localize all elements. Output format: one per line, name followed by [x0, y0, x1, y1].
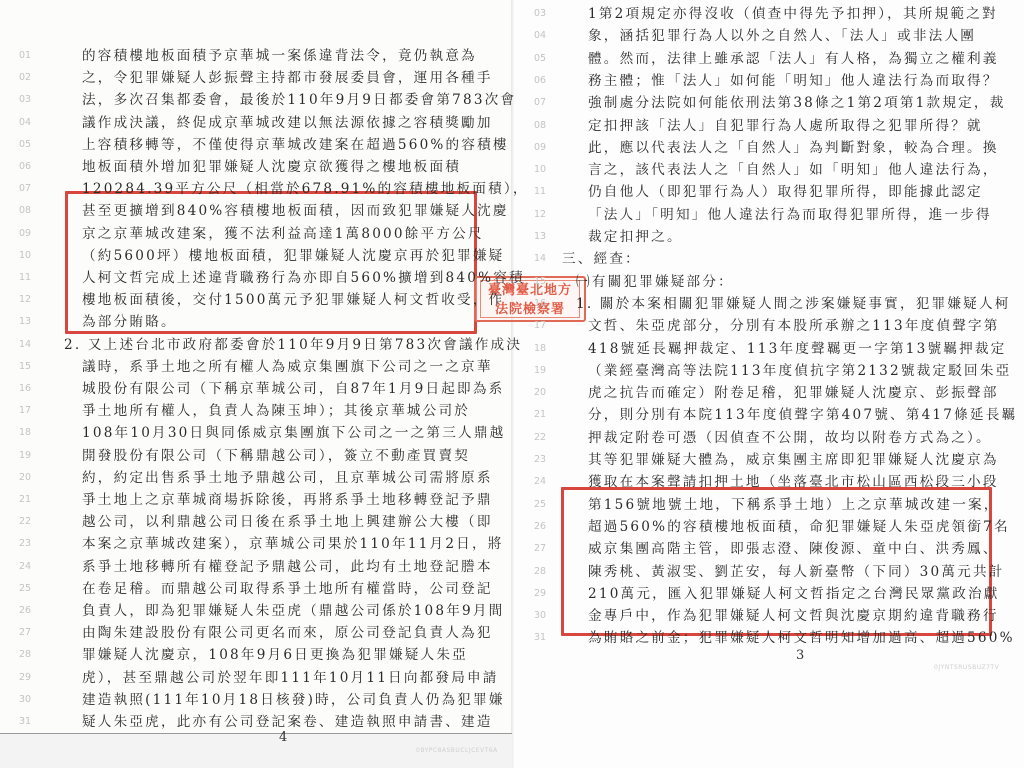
line-number: 04	[10, 111, 40, 135]
text-line: 文哲、朱亞虎部分，分別有本股所承辦之113年度偵聲字第	[588, 314, 1000, 338]
line-number: 18	[10, 421, 40, 445]
text-line: 強制處分法院如何能依刑法第38條之1第2項第1款規定，裁	[588, 91, 1006, 115]
text-line: 議作成決議，終促成京華城改建以無法源依據之容積獎勵加	[82, 111, 493, 135]
line-number: 25	[525, 493, 555, 517]
line-number: 06	[10, 155, 40, 179]
line-number: 11	[525, 180, 555, 204]
text-line: 象，涵括犯罪行為人以外之自然人、「法人」或非法人團	[588, 24, 976, 48]
text-line: 罪嫌疑人沈慶京，108年9月6日更換為犯罪嫌疑人朱亞	[82, 643, 468, 667]
text-line: 由陶朱建設股份有限公司更名而來，原公司登記負責人為犯	[82, 621, 493, 645]
line-number: 16	[10, 377, 40, 401]
line-number: 07	[525, 91, 555, 115]
text-line: 地板面積外增加犯罪嫌疑人沈慶京欲獲得之樓地板面積	[82, 155, 461, 179]
line-number: 03	[525, 2, 555, 26]
text-line: 系爭土地移轉所有權登記予鼎越公司，此均有土地登記謄本	[82, 555, 493, 579]
line-number: 18	[525, 337, 555, 361]
text-line: 法，多次召集都委會，最後於110年9月9日都委會第783次會	[82, 88, 516, 112]
text-line: 第156號地號土地，下稱系爭土地）上之京華城改建一案，	[588, 493, 1000, 517]
line-number: 31	[525, 626, 555, 650]
text-line: 「法人」「明知」他人違法行為而取得犯罪所得，進一步得	[588, 203, 992, 227]
text-line: 在卷足稽。而鼎越公司取得系爭土地所有權當時，公司登記	[82, 577, 493, 601]
text-line: 言之，該代表法人之「自然人」如「明知」他人違法行為，	[588, 158, 999, 182]
line-number: 22	[10, 510, 40, 534]
text-line: 京之京華城改建案，獲不法利益高達1萬8000餘平方公尺	[82, 222, 484, 246]
text-line: 分，則分別有本院113年度偵聲字第407號、第417條延長羈	[588, 403, 1017, 427]
text-line: 人柯文哲完成上述違背職務行為亦即自560%擴增到840%容積	[82, 266, 525, 290]
footer-id-left: 0BYPC8ASBUCLJCEVT6A	[416, 747, 498, 754]
text-line: 樓地板面積後，交付1500萬元予犯罪嫌疑人柯文哲收受，作	[82, 288, 504, 312]
line-number: 16	[525, 292, 555, 316]
line-number: 04	[525, 24, 555, 48]
line-number: 19	[10, 444, 40, 468]
text-line: 210萬元，匯入犯罪嫌疑人柯文哲指定之台灣民眾黨政治獻	[588, 582, 1000, 606]
line-number: 28	[525, 560, 555, 584]
text-line: 其等犯罪嫌疑大體為，威京集團主席即犯罪嫌疑人沈慶京為	[588, 448, 999, 472]
line-number: 13	[525, 225, 555, 249]
text-line: 的容積樓地板面積予京華城一案係違背法令，竟仍執意為	[82, 44, 477, 68]
line-number: 21	[525, 403, 555, 427]
text-line: 虎之抗告而確定）附卷足稽，犯罪嫌疑人沈慶京、彭振聲部	[588, 381, 999, 405]
text-line: 議時，系爭土地之所有權人為威京集團旗下公司之一之京華	[82, 355, 493, 379]
line-number: 17	[10, 399, 40, 423]
text-line: 定扣押該「法人」自犯罪行為人處所取得之犯罪所得？就	[588, 114, 983, 138]
line-number: 23	[525, 448, 555, 472]
line-number: 23	[10, 532, 40, 556]
line-number: 24	[525, 470, 555, 494]
text-line: 此，應以代表法人之「自然人」為判斷對象，較為合理。換	[588, 136, 999, 160]
line-number: 19	[525, 359, 555, 383]
text-line: 務主體；惟「法人」如何能「明知」他人違法行為而取得？	[588, 69, 999, 93]
line-number: 10	[10, 244, 40, 268]
text-line: 陳秀桃、黃淑雯、劉芷安，每人新臺幣（下同）30萬元共計	[588, 560, 1005, 584]
text-line: 疑人朱亞虎，此亦有公司登記案卷、建造執照申請書、建造	[82, 710, 493, 734]
text-line: 120284.39平方公尺（相當於678.91%的容積樓地板面積），	[82, 177, 529, 201]
line-number: 06	[525, 69, 555, 93]
text-line: 建造執照(111年10月18日核發)時，公司負責人仍為犯罪嫌	[82, 688, 505, 712]
text-line: ㈠有關犯罪嫌疑部分：	[576, 270, 734, 294]
text-line: 上容積移轉等，不僅使得京華城改建案在超過560%的容積樓	[82, 133, 509, 157]
line-number: 20	[525, 381, 555, 405]
line-number: 15	[525, 270, 555, 294]
line-number: 30	[10, 688, 40, 712]
line-number: 01	[10, 44, 40, 68]
line-number: 05	[525, 47, 555, 71]
text-line: 體。然而，法律上雖承認「法人」有人格，為獨立之權利義	[588, 47, 999, 71]
text-line: 金專戶中，作為犯罪嫌疑人柯文哲與沈慶京期約違背職務行	[588, 604, 999, 628]
text-line: 本案之京華城改建案），京華城公司果於110年11月2日，將	[82, 532, 504, 556]
text-line: 威京集團高階主管，即張志澄、陳俊源、童中白、洪秀鳳、	[588, 537, 999, 561]
line-number: 11	[10, 266, 40, 290]
line-number: 08	[10, 199, 40, 223]
line-number: 12	[10, 288, 40, 312]
line-number: 27	[10, 621, 40, 645]
line-number: 31	[10, 710, 40, 734]
text-line: 越公司，以利鼎越公司日後在系爭土地上興建辦公大樓（即	[82, 510, 493, 534]
text-line: 108年10月30日與同係威京集團旗下公司之一之第三人鼎越	[82, 421, 505, 445]
line-number: 14	[10, 333, 40, 357]
text-line: （約5600坪）樓地板面積，犯罪嫌疑人沈慶京再於犯罪嫌疑	[82, 244, 504, 268]
text-line: 約，約定出售系爭土地予鼎越公司，且京華城公司需將原系	[82, 466, 493, 490]
line-number: 29	[525, 582, 555, 606]
text-line: 開發股份有限公司（下稱鼎越公司），簽立不動產買賣契	[82, 444, 470, 468]
text-line: 三、經查：	[562, 247, 641, 271]
line-number: 05	[10, 133, 40, 157]
text-line: 甚至更擴增到840%容積樓地板面積，因而致犯罪嫌疑人沈慶	[82, 199, 509, 223]
text-line: （業經臺灣高等法院113年度偵抗字第2132號裁定駁回朱亞	[588, 359, 1011, 383]
line-number: 13	[10, 310, 40, 334]
text-line: 1. 關於本案相關犯罪嫌疑人間之涉案嫌疑事實，犯罪嫌疑人柯	[576, 292, 1011, 316]
text-line: 虎），甚至鼎越公司於翌年即111年10月11日向都發局申請	[82, 666, 499, 690]
line-number: 08	[525, 114, 555, 138]
text-line: 爭土地所有權人，負責人為陳玉坤）；其後京華城公司於	[82, 399, 470, 423]
line-number: 12	[525, 203, 555, 227]
line-number: 26	[525, 515, 555, 539]
text-line: 獲取在本案聲請扣押土地（坐落臺北市松山區西松段三小段	[588, 470, 999, 494]
line-number: 22	[525, 426, 555, 450]
line-number: 26	[10, 599, 40, 623]
line-number: 29	[10, 666, 40, 690]
line-number: 21	[10, 488, 40, 512]
line-number: 28	[10, 643, 40, 667]
line-number: 17	[525, 314, 555, 338]
line-number: 24	[10, 555, 40, 579]
text-line: 負責人，即為犯罪嫌疑人朱亞虎（鼎越公司係於108年9月間	[82, 599, 504, 623]
text-line: 2. 又上述台北市政府都委會於110年9月9日第783次會議作成決	[64, 333, 522, 357]
text-line: 之，令犯罪嫌疑人彭振聲主持都市發展委員會，運用各種手	[82, 66, 493, 90]
text-line: 押裁定附卷可憑（因偵查不公開，故均以附卷方式為之）。	[588, 426, 992, 450]
line-number: 09	[10, 222, 40, 246]
line-number: 27	[525, 537, 555, 561]
line-number: 10	[525, 158, 555, 182]
footer-id-right: 0JYNTSRUSBUZ7TV	[934, 664, 999, 671]
line-number: 09	[525, 136, 555, 160]
line-number: 03	[10, 88, 40, 112]
text-line: 1第2項規定亦得沒收（偵查中得先予扣押），其所規範之對	[588, 2, 998, 26]
line-number: 02	[10, 66, 40, 90]
text-line: 為賄賂之前金；犯罪嫌疑人柯文哲明知增加過高、超過560%	[588, 626, 1015, 650]
text-line: 城股份有限公司（下稱京華城公司，自87年1月9日起即為系	[82, 377, 504, 401]
text-line: 為部分賄賂。	[82, 310, 177, 334]
text-line: 裁定扣押之。	[588, 225, 683, 249]
line-number: 30	[525, 604, 555, 628]
text-line: 爭土地上之京華城商場拆除後，再將系爭土地移轉登記予鼎	[82, 488, 493, 512]
line-number: 20	[10, 466, 40, 490]
line-number: 25	[10, 577, 40, 601]
text-line: 418號延長羈押裁定、113年度聲羈更一字第13號羈押裁定	[588, 337, 1006, 361]
text-line: 超過560%的容積樓地板面積，命犯罪嫌疑人朱亞虎領銜7名	[588, 515, 1010, 539]
line-number: 15	[10, 355, 40, 379]
line-number: 07	[10, 177, 40, 201]
text-line: 仍自他人（即犯罪行為人）取得犯罪所得，即能據此認定	[588, 180, 983, 204]
line-number: 14	[525, 247, 555, 271]
